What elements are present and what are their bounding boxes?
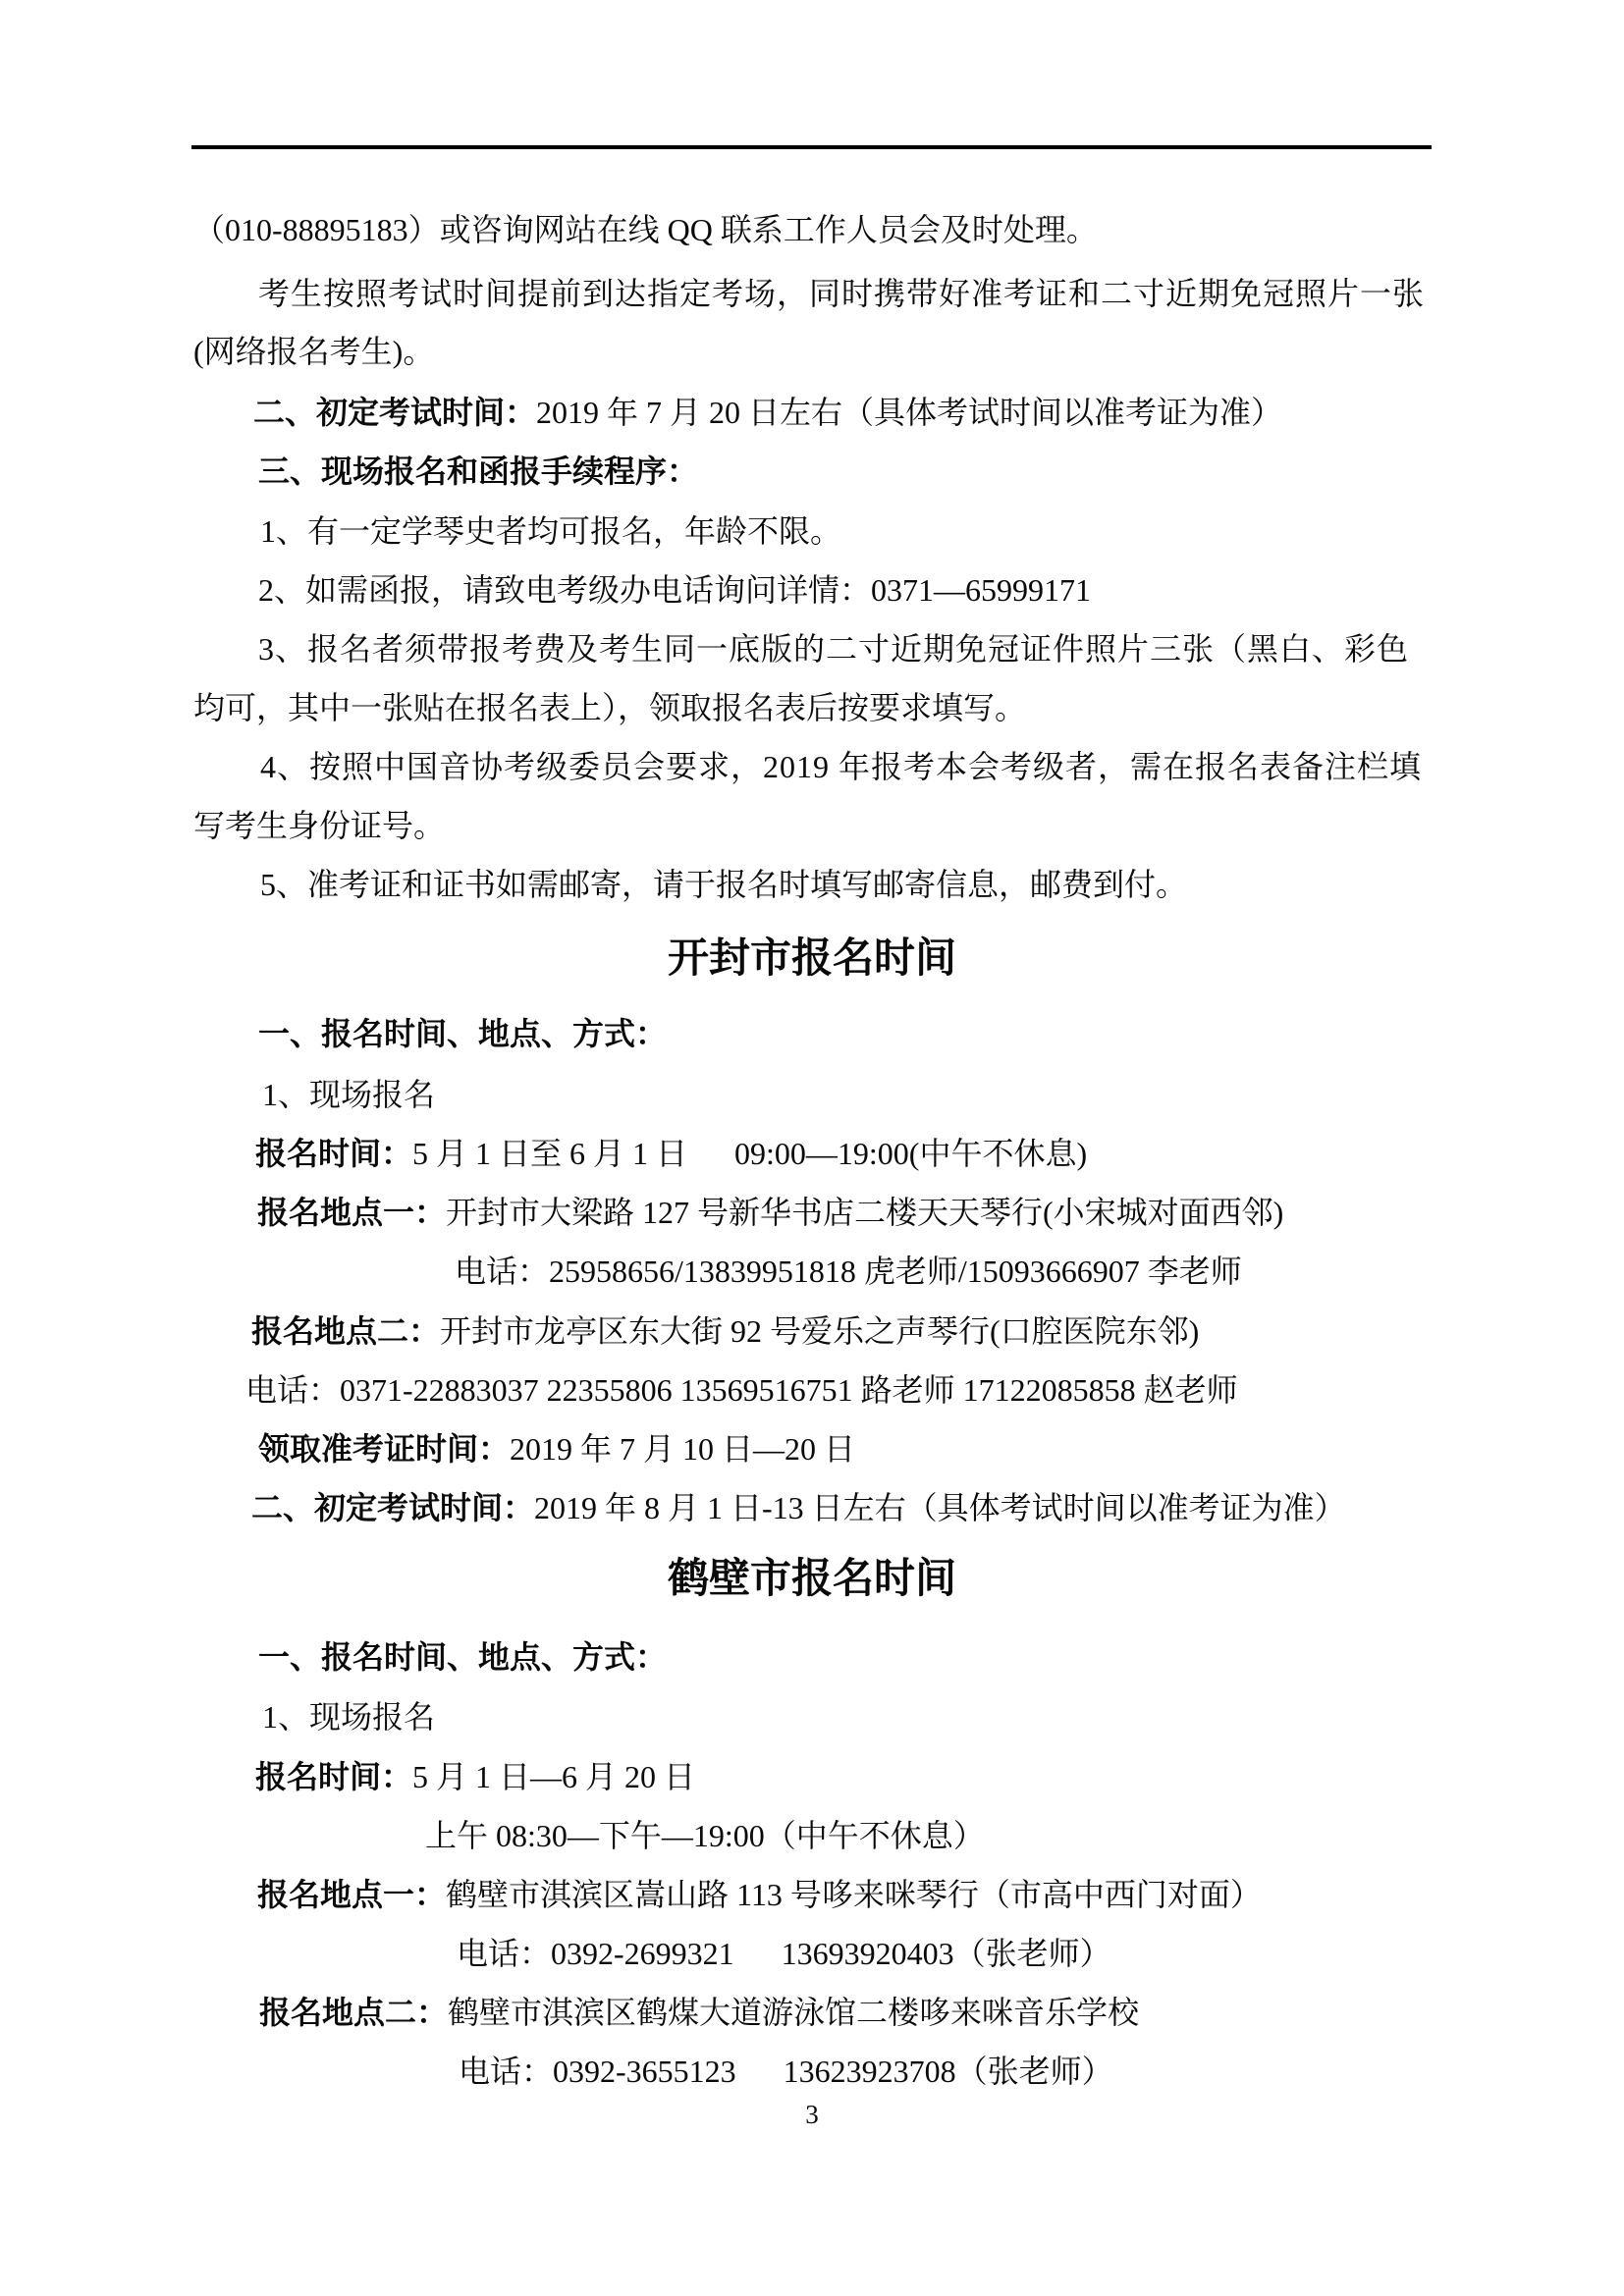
notice-item2-label: 二、初定考试时间： bbox=[253, 395, 536, 430]
kaifeng-time-text: 5 月 1 日至 6 月 1 日 09:00—19:00(中午不休息) bbox=[412, 1136, 1087, 1171]
hebi-location-1: 报名地点一：鹤壁市淇滨区嵩山路 113 号哆来咪琴行（市高中西门对面） bbox=[257, 1875, 1262, 1914]
notice-line-2: 考生按照考试时间提前到达指定考场，同时携带好准考证和二寸近期免冠照片一张 bbox=[258, 274, 1425, 313]
kaifeng-exam-time-text: 2019 年 8 月 1 日-13 日左右（具体考试时间以准考证为准） bbox=[534, 1490, 1346, 1525]
notice-step-4-line-2: 写考生身份证号。 bbox=[193, 806, 445, 845]
notice-line-2-text: 考生按照考试时间提前到达指定考场，同时携带好准考证和二寸近期免冠照片一张 bbox=[258, 276, 1425, 311]
hebi-location-2-text: 鹤壁市淇滨区鹤煤大道游泳馆二楼哆来咪音乐学校 bbox=[448, 1995, 1139, 2030]
hebi-location-2-phone: 电话：0392-3655123 13623923708（张老师） bbox=[459, 2052, 1113, 2091]
page-number: 3 bbox=[0, 2099, 1624, 2130]
kaifeng-location-1: 报名地点一：开封市大梁路 127 号新华书店二楼天天琴行(小宋城对面西邻) bbox=[257, 1193, 1283, 1232]
kaifeng-exam-time: 二、初定考试时间：2019 年 8 月 1 日-13 日左右（具体考试时间以准考… bbox=[251, 1488, 1346, 1527]
hebi-time-line-2: 上午 08:30—下午—19:00（中午不休息） bbox=[425, 1816, 985, 1855]
kaifeng-ticket-time-label: 领取准考证时间： bbox=[258, 1431, 510, 1467]
hebi-location-2-phone-text: 电话：0392-3655123 13623923708（张老师） bbox=[459, 2054, 1113, 2089]
document-page: （010-88895183）或咨询网站在线 QQ 联系工作人员会及时处理。 考生… bbox=[0, 0, 1624, 2296]
notice-step-1: 1、有一定学琴史者均可报名，年龄不限。 bbox=[260, 511, 841, 551]
notice-step-3-line-1-text: 3、报名者须带报考费及考生同一底版的二寸近期免冠证件照片三张（黑白、彩色 bbox=[258, 631, 1409, 667]
kaifeng-onsite-text: 1、现场报名 bbox=[262, 1077, 435, 1112]
kaifeng-location-1-phone-text: 电话：25958656/13839951818 虎老师/15093666907 … bbox=[455, 1254, 1242, 1289]
kaifeng-time: 报名时间：5 月 1 日至 6 月 1 日 09:00—19:00(中午不休息) bbox=[255, 1134, 1087, 1173]
notice-step-4-line-1-text: 4、按照中国音协考级委员会要求，2019 年报考本会考级者，需在报名表备注栏填 bbox=[260, 749, 1422, 784]
hebi-heading: 鹤壁市报名时间 bbox=[0, 1555, 1624, 1604]
notice-step-3-line-1: 3、报名者须带报考费及考生同一底版的二寸近期免冠证件照片三张（黑白、彩色 bbox=[258, 629, 1409, 668]
notice-line-1: （010-88895183）或咨询网站在线 QQ 联系工作人员会及时处理。 bbox=[193, 210, 1098, 249]
hebi-location-1-phone: 电话：0392-2699321 13693920403（张老师） bbox=[457, 1934, 1111, 1973]
kaifeng-location-2-label: 报名地点二： bbox=[251, 1313, 440, 1349]
notice-line-3-text: (网络报名考生)。 bbox=[193, 334, 434, 369]
kaifeng-location-1-text: 开封市大梁路 127 号新华书店二楼天天琴行(小宋城对面西邻) bbox=[446, 1195, 1283, 1230]
kaifeng-onsite: 1、现场报名 bbox=[262, 1075, 435, 1114]
kaifeng-heading: 开封市报名时间 bbox=[0, 934, 1624, 984]
hebi-location-2-label: 报名地点二： bbox=[259, 1995, 448, 2030]
notice-step-5: 5、准考证和证书如需邮寄，请于报名时填写邮寄信息，邮费到付。 bbox=[260, 865, 1187, 904]
hebi-onsite-text: 1、现场报名 bbox=[262, 1699, 435, 1735]
kaifeng-section1-label: 一、报名时间、地点、方式： bbox=[258, 1016, 667, 1051]
hebi-time-line-2-text: 上午 08:30—下午—19:00（中午不休息） bbox=[425, 1818, 985, 1853]
notice-item3: 三、现场报名和函报手续程序： bbox=[258, 452, 698, 491]
notice-step-2-text: 2、如需函报，请致电考级办电话询问详情：0371—65999171 bbox=[258, 572, 1091, 608]
hebi-section1-label: 一、报名时间、地点、方式： bbox=[258, 1639, 667, 1675]
kaifeng-location-1-label: 报名地点一： bbox=[257, 1195, 446, 1230]
hebi-location-2: 报名地点二：鹤壁市淇滨区鹤煤大道游泳馆二楼哆来咪音乐学校 bbox=[259, 1993, 1139, 2032]
kaifeng-location-2: 报名地点二：开封市龙亭区东大街 92 号爱乐之声琴行(口腔医院东邻) bbox=[251, 1311, 1199, 1351]
header-rule bbox=[191, 145, 1432, 149]
notice-line-3: (网络报名考生)。 bbox=[193, 332, 434, 371]
hebi-location-1-phone-text: 电话：0392-2699321 13693920403（张老师） bbox=[457, 1936, 1111, 1971]
notice-step-5-text: 5、准考证和证书如需邮寄，请于报名时填写邮寄信息，邮费到付。 bbox=[260, 867, 1187, 902]
notice-step-3-line-2-text: 均可，其中一张贴在报名表上），领取报名表后按要求填写。 bbox=[193, 690, 1026, 725]
kaifeng-time-label: 报名时间： bbox=[255, 1136, 412, 1171]
hebi-section1: 一、报名时间、地点、方式： bbox=[258, 1637, 667, 1677]
notice-item3-label: 三、现场报名和函报手续程序： bbox=[258, 454, 698, 489]
kaifeng-ticket-time-text: 2019 年 7 月 10 日—20 日 bbox=[510, 1431, 855, 1467]
kaifeng-location-2-phone: 电话：0371-22883037 22355806 13569516751 路老… bbox=[245, 1370, 1238, 1410]
notice-step-1-text: 1、有一定学琴史者均可报名，年龄不限。 bbox=[260, 513, 841, 549]
notice-step-4-line-2-text: 写考生身份证号。 bbox=[193, 808, 445, 843]
hebi-time-label: 报名时间： bbox=[255, 1759, 412, 1794]
notice-step-4-line-1: 4、按照中国音协考级委员会要求，2019 年报考本会考级者，需在报名表备注栏填 bbox=[260, 747, 1422, 786]
notice-item2: 二、初定考试时间：2019 年 7 月 20 日左右（具体考试时间以准考证为准） bbox=[253, 393, 1282, 432]
hebi-location-1-label: 报名地点一： bbox=[257, 1877, 446, 1912]
notice-step-2: 2、如需函报，请致电考级办电话询问详情：0371—65999171 bbox=[258, 570, 1091, 610]
notice-step-3-line-2: 均可，其中一张贴在报名表上），领取报名表后按要求填写。 bbox=[193, 688, 1026, 727]
kaifeng-location-2-text: 开封市龙亭区东大街 92 号爱乐之声琴行(口腔医院东邻) bbox=[440, 1313, 1199, 1349]
kaifeng-location-2-phone-text: 电话：0371-22883037 22355806 13569516751 路老… bbox=[245, 1372, 1238, 1408]
kaifeng-exam-time-label: 二、初定考试时间： bbox=[251, 1490, 534, 1525]
hebi-location-1-text: 鹤壁市淇滨区嵩山路 113 号哆来咪琴行（市高中西门对面） bbox=[446, 1877, 1262, 1912]
hebi-onsite: 1、现场报名 bbox=[262, 1697, 435, 1736]
hebi-time-text: 5 月 1 日—6 月 20 日 bbox=[412, 1759, 695, 1794]
kaifeng-location-1-phone: 电话：25958656/13839951818 虎老师/15093666907 … bbox=[455, 1252, 1242, 1291]
kaifeng-ticket-time: 领取准考证时间：2019 年 7 月 10 日—20 日 bbox=[258, 1429, 855, 1468]
kaifeng-section1: 一、报名时间、地点、方式： bbox=[258, 1014, 667, 1053]
hebi-time: 报名时间：5 月 1 日—6 月 20 日 bbox=[255, 1757, 695, 1796]
notice-line-1-text: （010-88895183）或咨询网站在线 QQ 联系工作人员会及时处理。 bbox=[193, 212, 1098, 247]
notice-item2-text: 2019 年 7 月 20 日左右（具体考试时间以准考证为准） bbox=[536, 395, 1282, 430]
